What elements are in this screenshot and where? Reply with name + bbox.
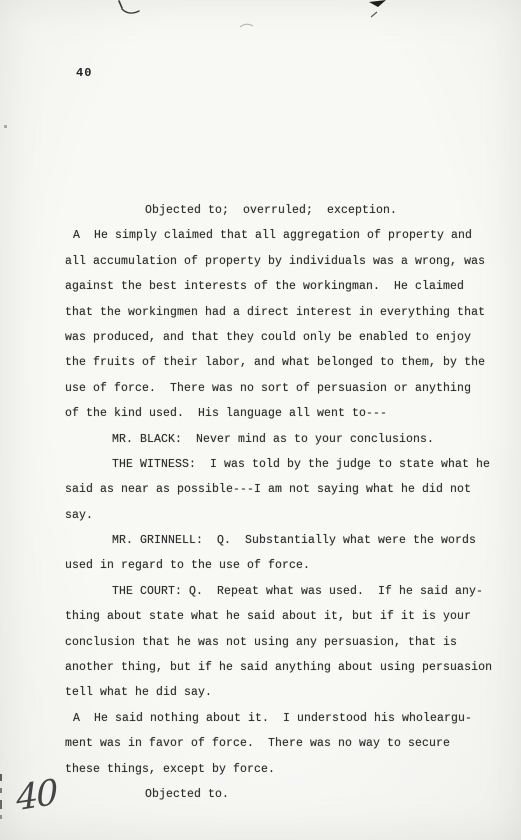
transcript-line: ment was in favor of force. There was no… bbox=[65, 731, 505, 756]
transcript-line: THE WITNESS: I was told by the judge to … bbox=[112, 452, 505, 477]
transcript-line: was produced, and that they could only b… bbox=[65, 325, 505, 350]
transcript-text-block: Objected to; overruled; exception. A He … bbox=[65, 198, 505, 807]
transcript-line: used in regard to the use of force. bbox=[65, 553, 505, 578]
transcript-line: all accumulation of property by individu… bbox=[65, 249, 505, 274]
handwritten-page-number: 40 bbox=[15, 773, 57, 820]
transcript-line: the fruits of their labor, and what belo… bbox=[65, 350, 505, 375]
transcript-line: of the kind used. His language all went … bbox=[65, 401, 505, 426]
transcript-line: A He said nothing about it. I understood… bbox=[73, 706, 505, 731]
transcript-line: said as near as possible---I am not sayi… bbox=[65, 477, 505, 502]
transcript-line: MR. BLACK: Never mind as to your conclus… bbox=[112, 427, 505, 452]
typed-page-number: 40 bbox=[76, 66, 92, 80]
transcript-line: these things, except by force. bbox=[65, 757, 505, 782]
transcript-line: Objected to. bbox=[145, 782, 505, 807]
transcript-line: that the workingmen had a direct interes… bbox=[65, 300, 505, 325]
transcript-line: thing about state what he said about it,… bbox=[65, 604, 505, 629]
transcript-line: A He simply claimed that all aggregation… bbox=[73, 223, 505, 248]
transcript-line: say. bbox=[65, 503, 505, 528]
transcript-line: tell what he did say. bbox=[65, 680, 505, 705]
transcript-line: use of force. There was no sort of persu… bbox=[65, 376, 505, 401]
transcript-line: MR. GRINNELL: Q. Substantially what were… bbox=[112, 528, 505, 553]
faint-pencil-mark bbox=[240, 24, 253, 27]
transcript-line: Objected to; overruled; exception. bbox=[145, 198, 505, 223]
transcript-line: THE COURT: Q. Repeat what was used. If h… bbox=[112, 579, 505, 604]
transcript-line: conclusion that he was not using any per… bbox=[65, 630, 505, 655]
handwritten-squiggle-top-left bbox=[119, 1, 139, 13]
left-edge-specks bbox=[0, 125, 7, 819]
transcript-line: another thing, but if he said anything a… bbox=[65, 655, 505, 680]
transcript-line: against the best interests of the workin… bbox=[65, 274, 505, 299]
ink-mark-top-right bbox=[369, 0, 386, 17]
scanned-document-page: 40 Objected to; overruled; exception. A … bbox=[0, 0, 521, 840]
